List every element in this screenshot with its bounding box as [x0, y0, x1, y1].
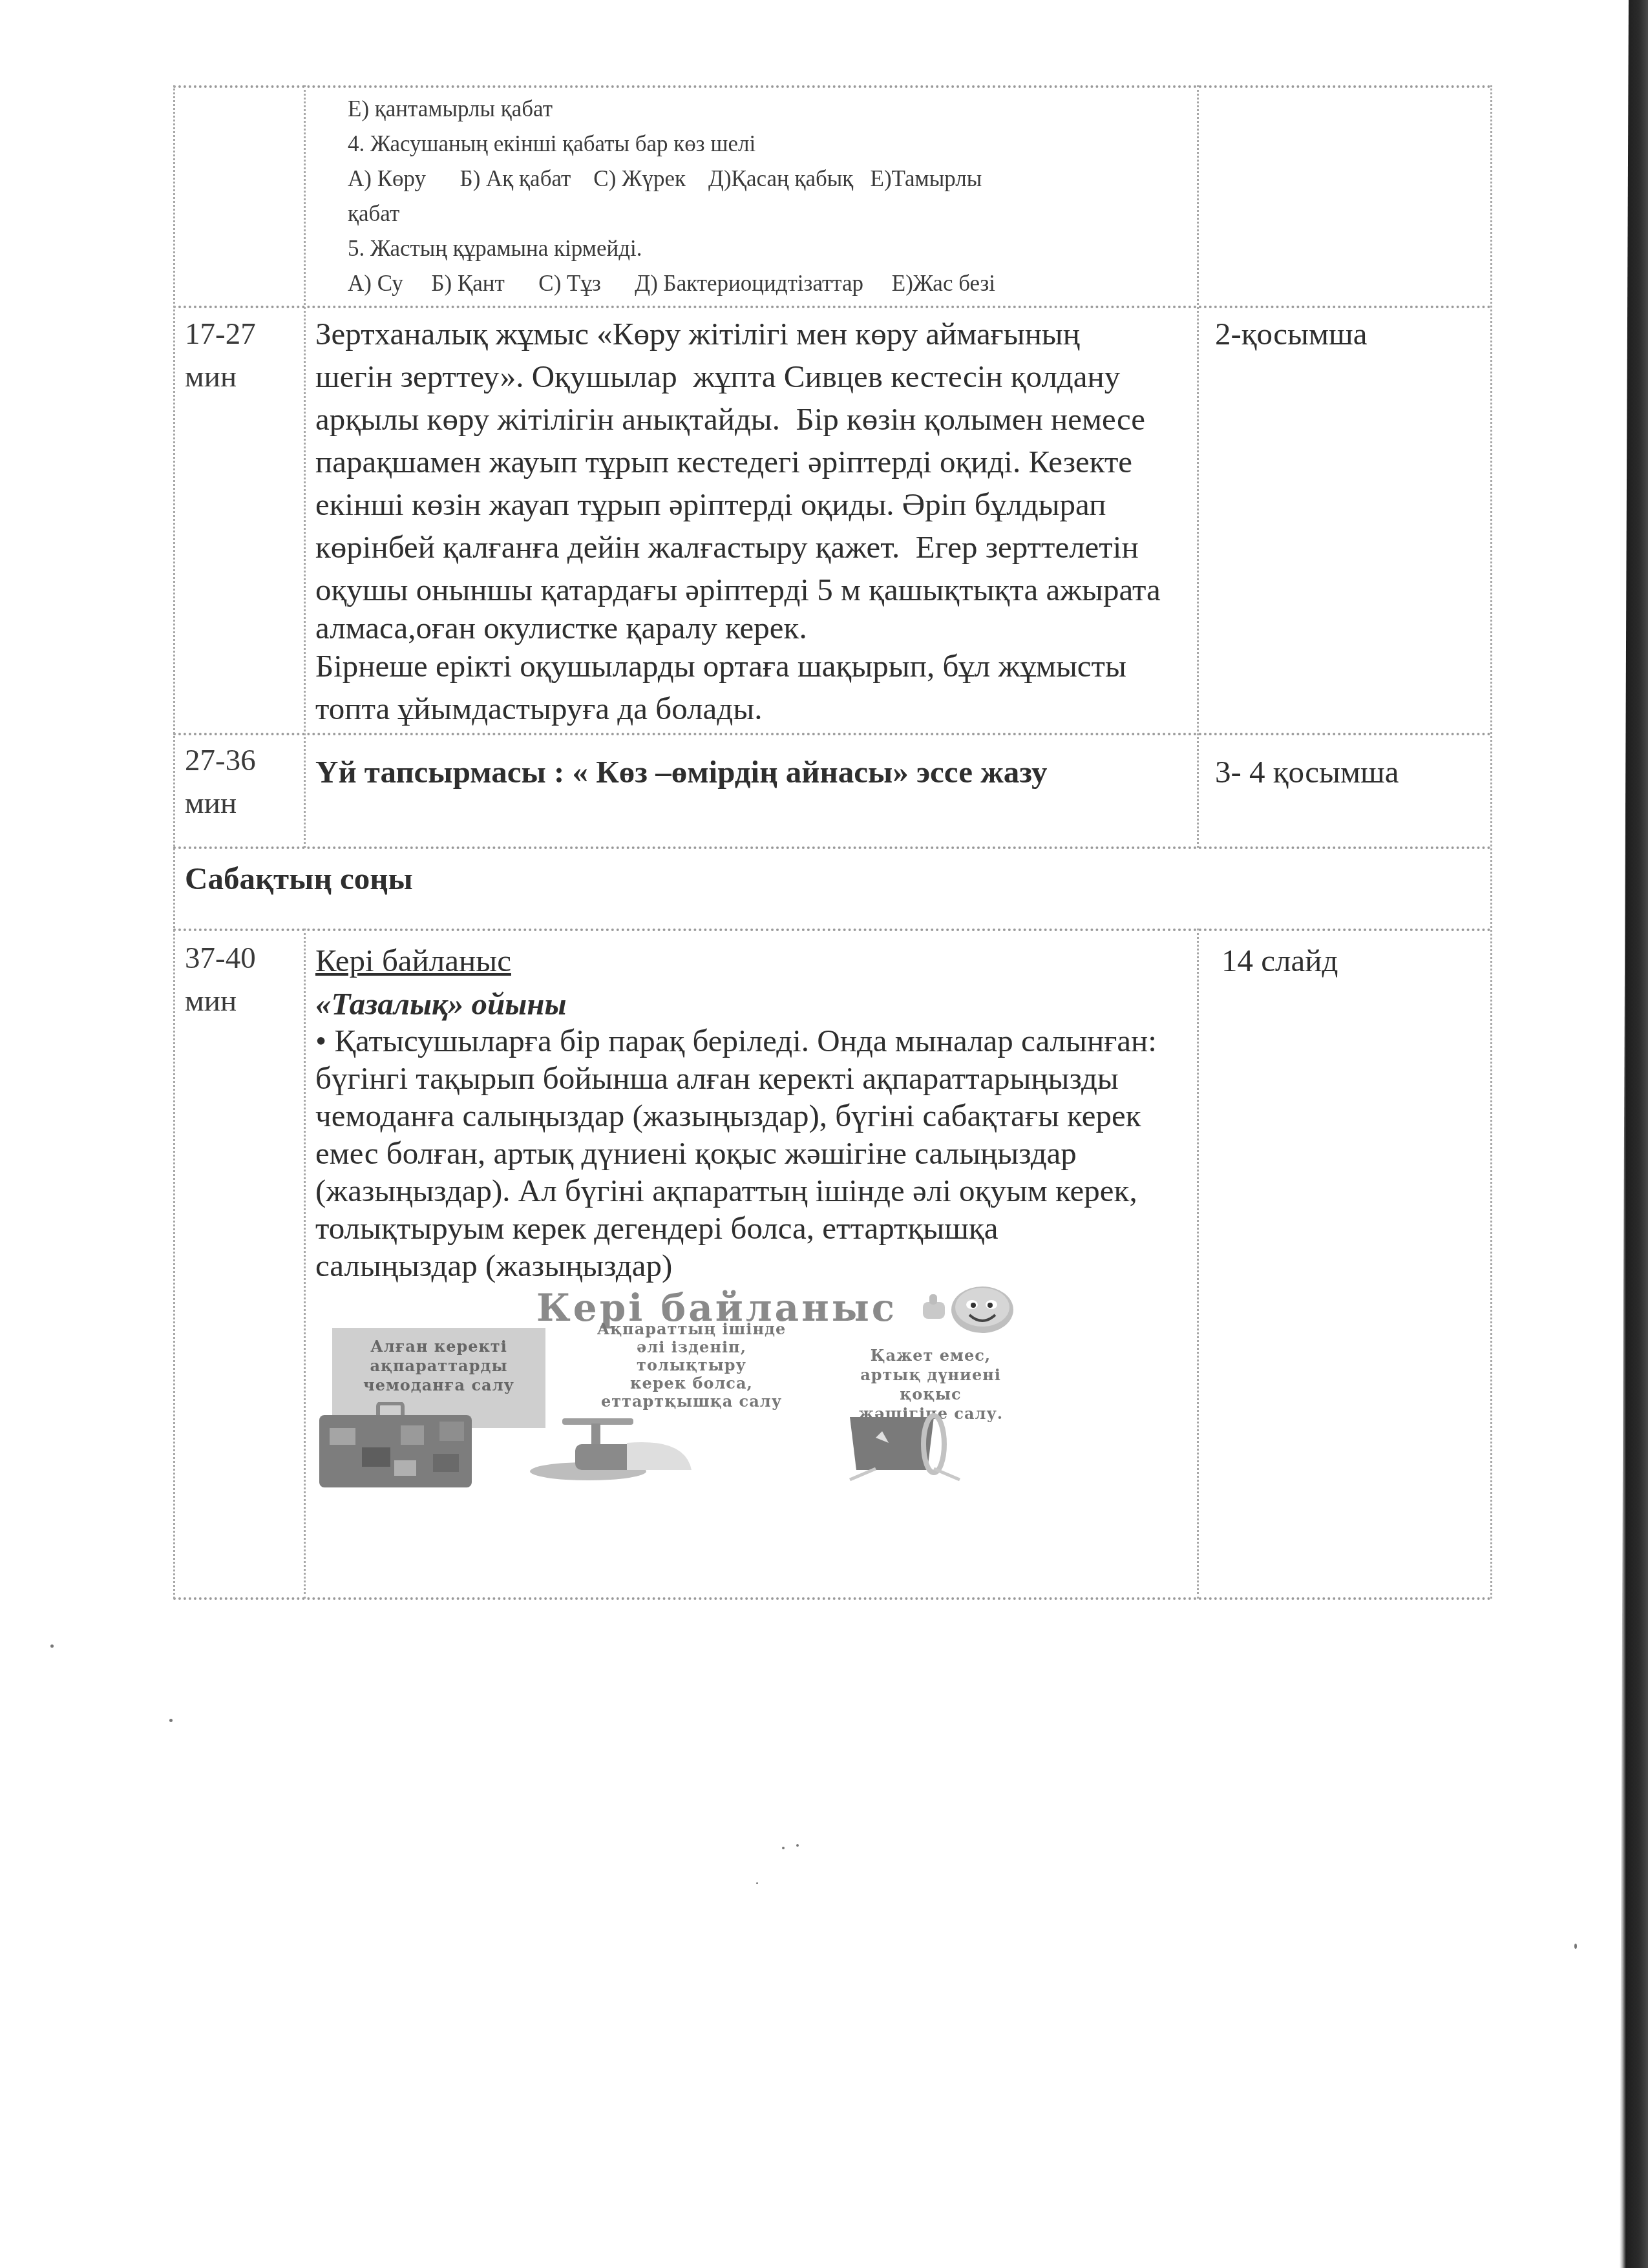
time-range: 27-36 — [185, 739, 301, 782]
lab-line: көрінбей қалғанға дейін жалғастыру қажет… — [315, 526, 1194, 569]
caption-line: артық дүниені — [840, 1365, 1021, 1385]
feedback-line: • Қатысушыларға бір парақ беріледі. Онда… — [315, 1022, 1194, 1060]
caption-line: еттартқышқа салу — [575, 1392, 808, 1411]
caption-line: Қажет емес, — [840, 1346, 1021, 1365]
time-unit: мин — [185, 980, 301, 1022]
meat-grinder-icon — [523, 1412, 730, 1483]
lab-line: топта ұйымдастыруға да болады. — [315, 688, 1194, 730]
feedback-slide-image: Кері байланыс Алған керекті ақпараттарды… — [317, 1283, 1041, 1489]
column-divider-resource — [1197, 85, 1199, 848]
lab-line: Бірнеше ерікті оқушыларды ортаға шақырып… — [315, 645, 1194, 688]
caption-line: әлі ізденіп, — [575, 1338, 808, 1356]
row-divider — [173, 846, 1492, 849]
column-divider-resource — [1197, 929, 1199, 1599]
homework-text: Үй тапсырмасы : « Көз –өмірдің айнасы» э… — [315, 751, 1047, 793]
row-divider — [173, 306, 1492, 308]
time-cell-feedback: 37-40 мин — [185, 937, 301, 1022]
slide-caption-grinder: Ақпараттың ішінде әлі ізденіп, толықтыру… — [575, 1320, 808, 1411]
feedback-line: емес болған, артық дүниені қоқыс жәшігін… — [315, 1135, 1194, 1172]
resource-cell-feedback: 14 слайд — [1221, 940, 1338, 982]
column-divider-time — [304, 929, 306, 1599]
feedback-line: салыңыздар (жазыңыздар) — [315, 1247, 1194, 1285]
lab-line: арқылы көру жітілігін анықтайды. Бір көз… — [315, 398, 1194, 441]
resource-label: 14 слайд — [1221, 940, 1338, 982]
test-questions-continuation: Е) қантамырлы қабат 4. Жасушаның екінші … — [348, 92, 1188, 301]
feedback-line: чемоданға салыңыздар (жазыңыздар), бүгін… — [315, 1097, 1194, 1135]
caption-line: қоқыс — [840, 1385, 1021, 1404]
time-unit: мин — [185, 355, 301, 398]
resource-label: 3- 4 қосымша — [1215, 751, 1399, 793]
feedback-description: Кері байланыс «Тазалық» ойыны • Қатысушы… — [315, 940, 1194, 1285]
caption-line: керек болса, — [575, 1374, 808, 1392]
lab-line: шегін зерттеу». Оқушылар жұпта Сивцев ке… — [315, 355, 1194, 398]
test-options-5: А) Су Б) Қант С) Тұз Д) Бактериоцидтізат… — [348, 266, 1188, 301]
table-border-bottom — [173, 1597, 1492, 1600]
test-question-5: 5. Жастың құрамына кірмейді. — [348, 231, 1188, 266]
scan-speck — [169, 1719, 173, 1722]
table-border-right — [1490, 85, 1492, 1599]
lab-line: алмаса,оған окулистке қаралу керек. — [315, 611, 1194, 645]
scan-edge-shadow — [1620, 0, 1648, 2268]
homework-assignment: Үй тапсырмасы : « Көз –өмірдің айнасы» э… — [315, 751, 1047, 793]
time-unit: мин — [185, 782, 301, 824]
caption-line: Алған керекті — [332, 1337, 545, 1356]
feedback-line: (жазыңыздар). Ал бүгіні ақпараттың ішінд… — [315, 1172, 1194, 1210]
scan-speck — [782, 1847, 785, 1849]
resource-cell-lab: 2-қосымша — [1215, 313, 1368, 355]
scan-speck — [796, 1844, 799, 1847]
lab-work-description: Зертханалық жұмыс «Көру жітілігі мен көр… — [315, 313, 1194, 730]
test-line: Е) қантамырлы қабат — [348, 92, 1188, 127]
time-range: 37-40 — [185, 937, 301, 980]
caption-line: толықтыру — [575, 1356, 808, 1374]
column-divider-time — [304, 85, 306, 848]
lab-line: оқушы оныншы қатардағы әріптерді 5 м қаш… — [315, 569, 1194, 611]
resource-label: 2-қосымша — [1215, 313, 1368, 355]
feedback-line: бүгінгі тақырып бойынша алған керекті ақ… — [315, 1060, 1194, 1097]
feedback-line: толықтыруым керек дегендері болса, еттар… — [315, 1210, 1194, 1247]
time-cell-homework: 27-36 мин — [185, 739, 301, 824]
table-border-top — [173, 85, 1492, 88]
scan-speck — [1574, 1944, 1577, 1949]
test-options-4-wrap: қабат — [348, 196, 1188, 231]
suitcase-icon — [317, 1402, 478, 1489]
caption-line: ақпараттарды — [332, 1356, 545, 1376]
scan-speck — [50, 1644, 54, 1648]
time-cell-lab: 17-27 мин — [185, 313, 301, 398]
section-heading-lesson-end: Сабақтың соңы — [185, 857, 413, 900]
row-divider — [173, 929, 1492, 931]
scan-speck — [756, 1882, 758, 1884]
caption-line: чемоданға салу — [332, 1376, 545, 1395]
smiley-thumbs-up-icon — [918, 1283, 1015, 1334]
lab-line: Зертханалық жұмыс «Көру жітілігі мен көр… — [315, 313, 1194, 355]
lab-line: парақшамен жауып тұрып кестедегі әріптер… — [315, 441, 1194, 483]
resource-cell-homework: 3- 4 қосымша — [1215, 751, 1399, 793]
table-border-left — [173, 85, 175, 1599]
game-title: «Тазалық» ойыны — [315, 986, 1194, 1022]
feedback-heading: Кері байланыс — [315, 940, 1194, 982]
trash-bin-icon — [837, 1412, 966, 1483]
test-question-4: 4. Жасушаның екінші қабаты бар көз шелі — [348, 127, 1188, 162]
section-title: Сабақтың соңы — [185, 857, 413, 900]
time-range: 17-27 — [185, 313, 301, 355]
test-options-4: А) Көру Б) Ақ қабат С) Жүрек Д)Қасаң қаб… — [348, 162, 1188, 196]
lab-line: екінші көзін жауап тұрып әріптерді оқиды… — [315, 483, 1194, 526]
row-divider — [173, 733, 1492, 735]
caption-line: Ақпараттың ішінде — [575, 1320, 808, 1338]
